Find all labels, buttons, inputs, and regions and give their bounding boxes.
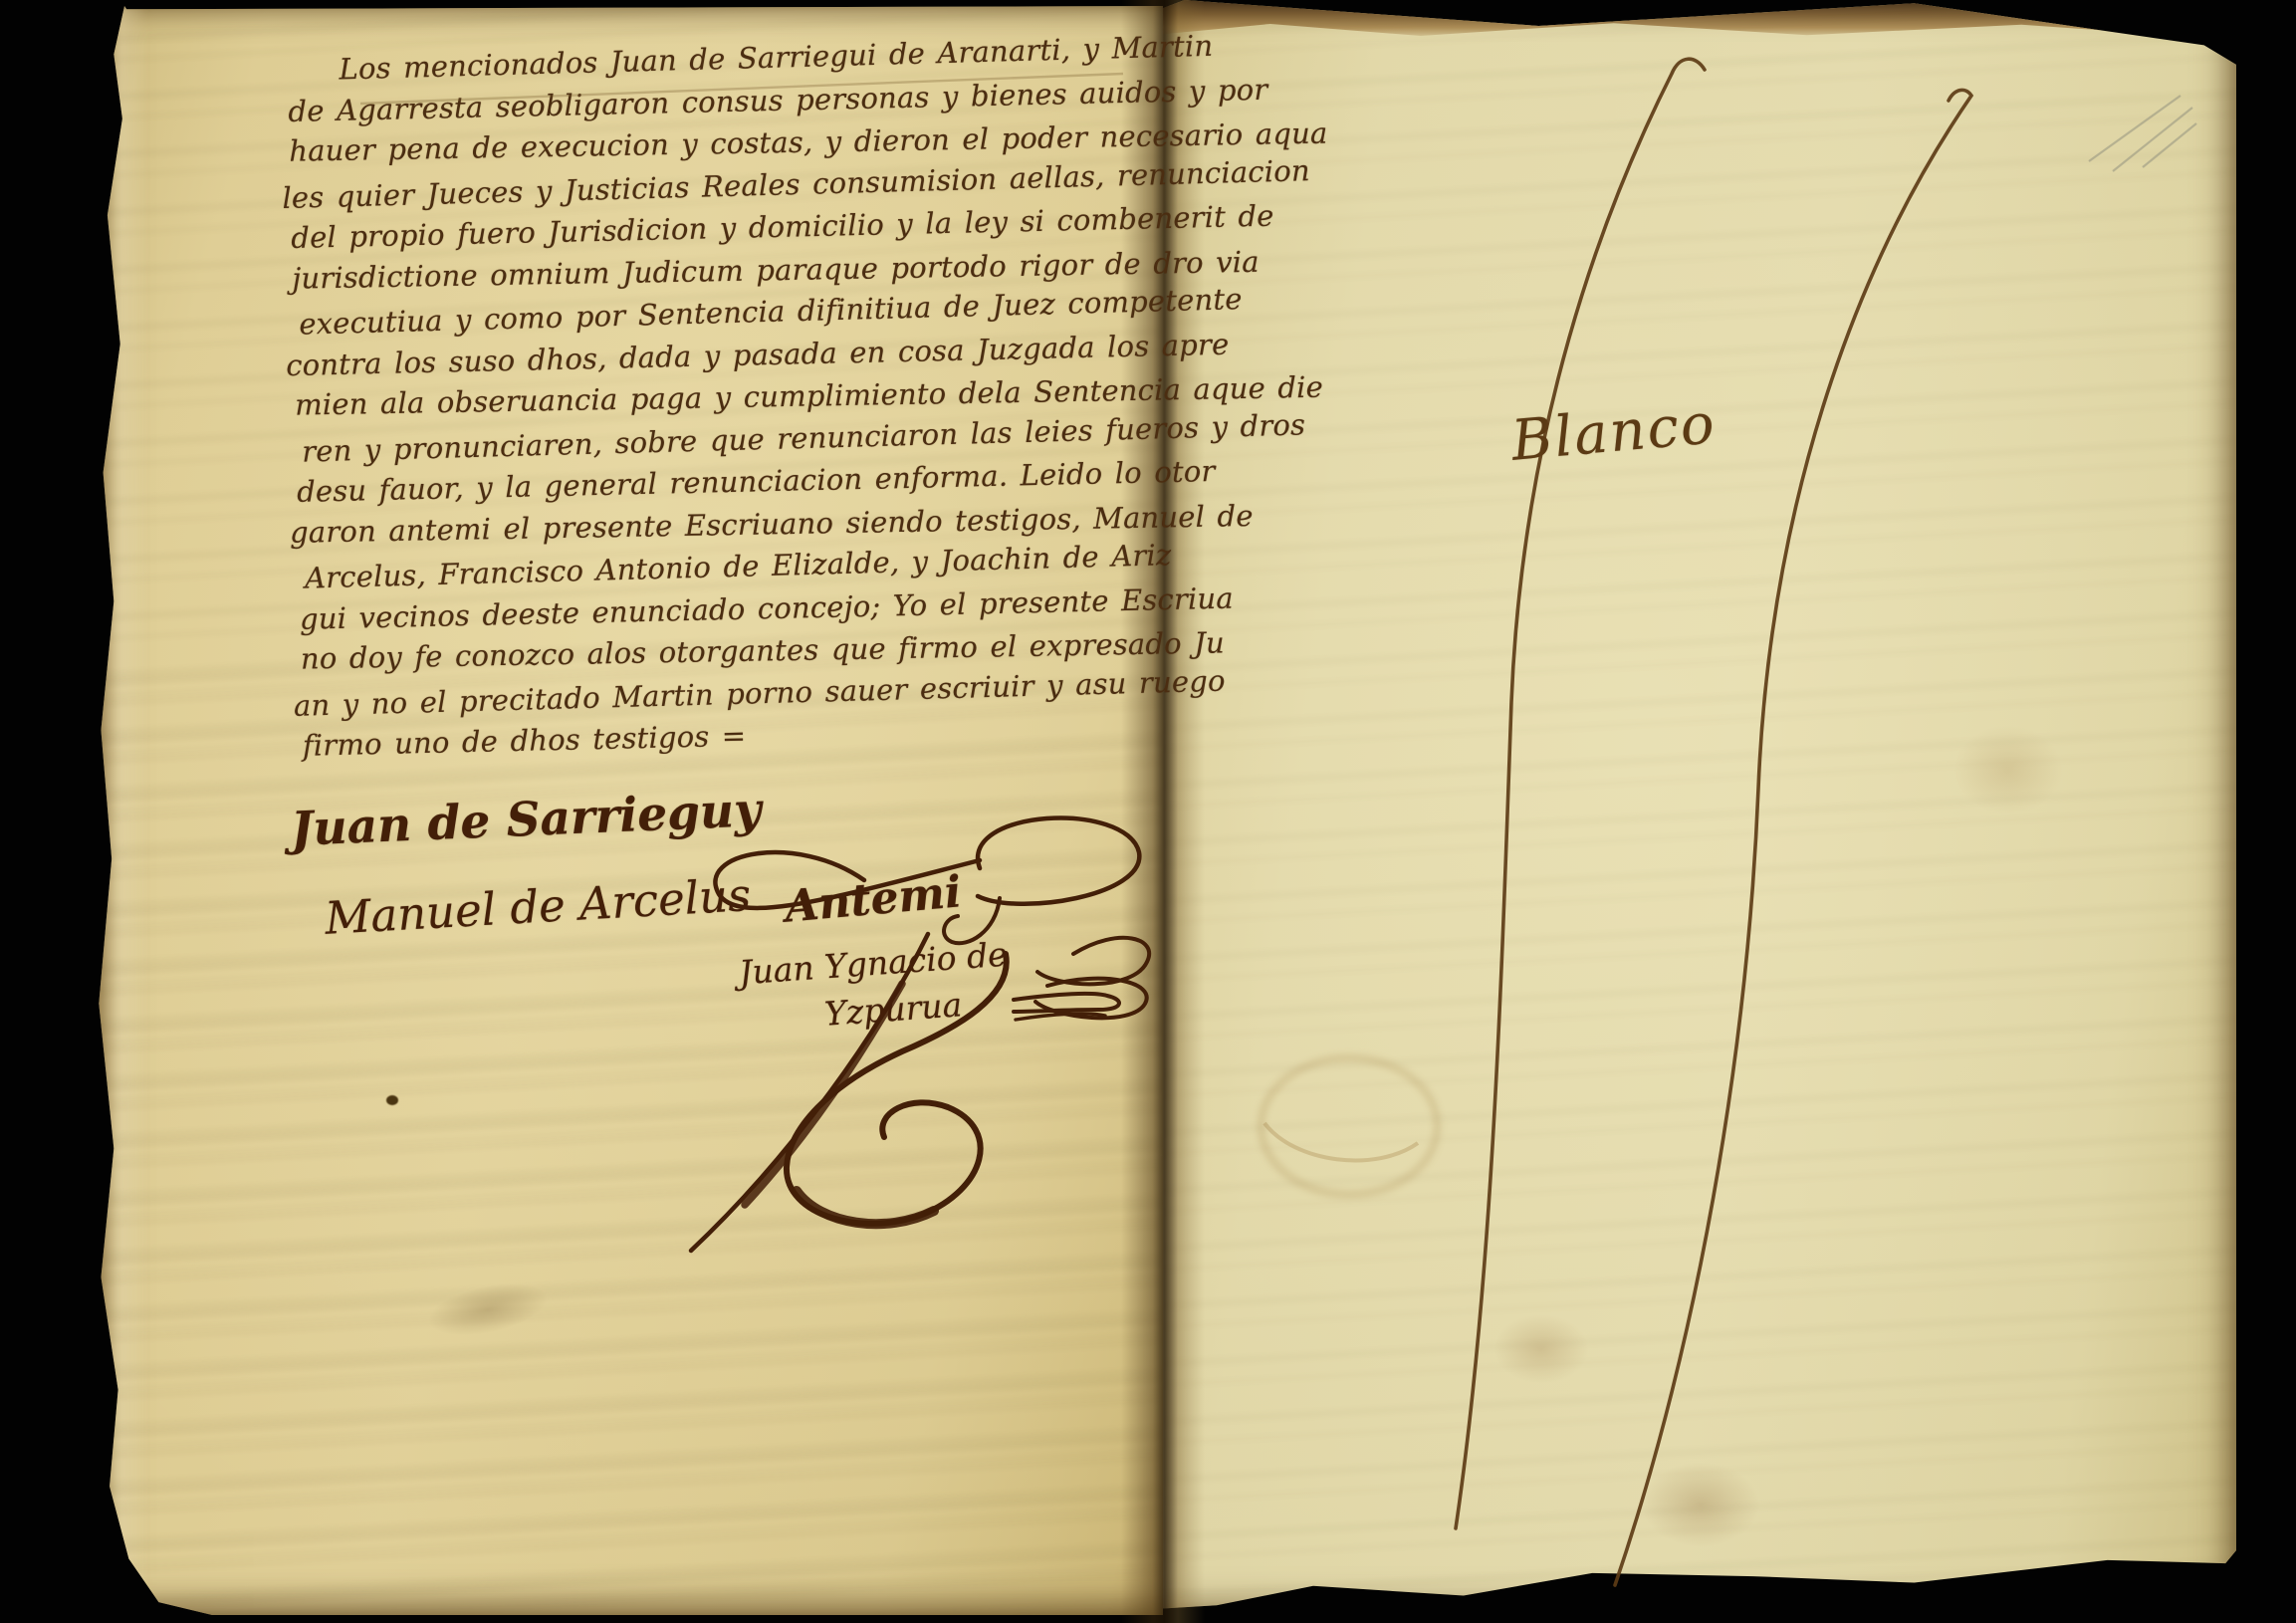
manuscript-text-block: Los mencionados Juan de Sarriegui de Ara… bbox=[287, 28, 1159, 767]
right-page bbox=[1163, 0, 2236, 1615]
ink-bleedthrough-texture bbox=[1163, 0, 2236, 1615]
deckle-edge bbox=[103, 6, 148, 1615]
manuscript-scan: Los mencionados Juan de Sarriegui de Ara… bbox=[0, 0, 2296, 1623]
page-top-edge bbox=[1163, 0, 2236, 40]
